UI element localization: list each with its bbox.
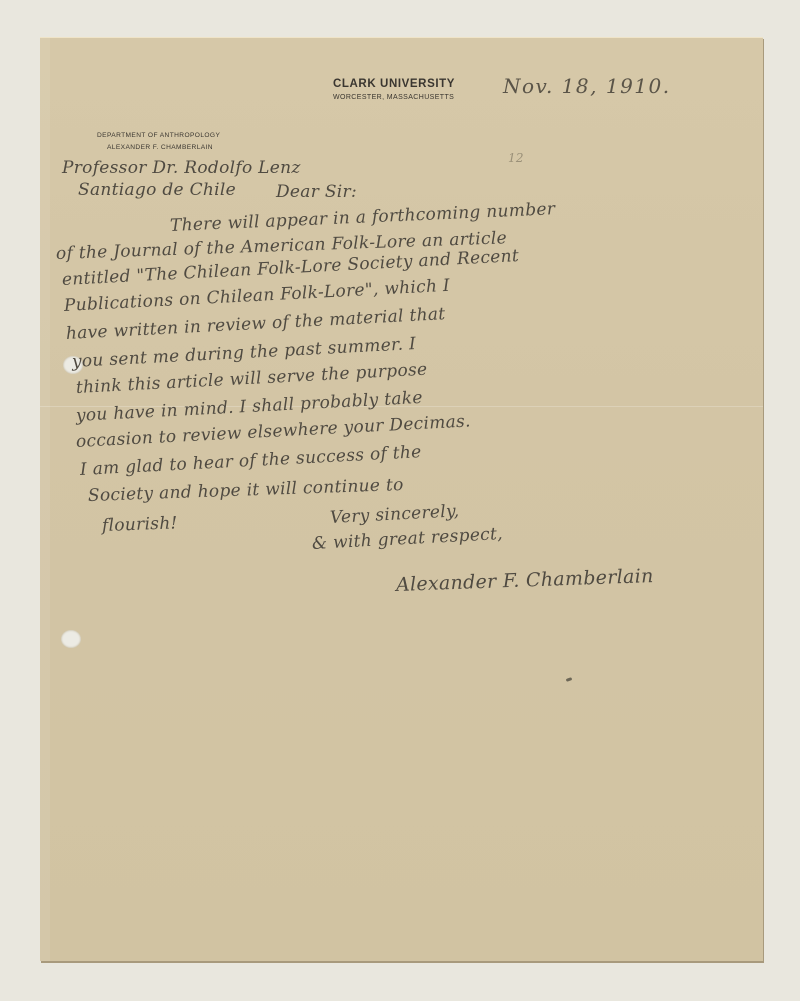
recipient-location: Santiago de Chile: [78, 180, 236, 200]
letter-page: CLARK UNIVERSITY WORCESTER, MASSACHUSETT…: [40, 37, 763, 961]
punch-hole: [61, 630, 81, 648]
closing-line: Very sincerely,: [329, 501, 459, 528]
letter-date: Nov. 18, 1910.: [503, 74, 671, 98]
letterhead-department: DEPARTMENT OF ANTHROPOLOGY: [97, 132, 220, 139]
closing-line: & with great respect,: [311, 524, 503, 554]
body-line: Society and hope it will continue to: [88, 475, 404, 506]
signature: Alexander F. Chamberlain: [396, 565, 654, 596]
salutation: Dear Sir:: [276, 182, 357, 202]
pencil-annotation: 12: [508, 151, 524, 165]
letterhead-institution: CLARK UNIVERSITY: [333, 78, 455, 90]
letterhead-location: WORCESTER, MASSACHUSETTS: [333, 94, 454, 101]
letterhead-person: ALEXANDER F. CHAMBERLAIN: [107, 144, 213, 151]
body-line: flourish!: [102, 513, 178, 536]
scanned-letter: CLARK UNIVERSITY WORCESTER, MASSACHUSETT…: [0, 0, 800, 1001]
recipient-name: Professor Dr. Rodolfo Lenz: [62, 158, 301, 178]
ink-mark: [566, 677, 573, 682]
